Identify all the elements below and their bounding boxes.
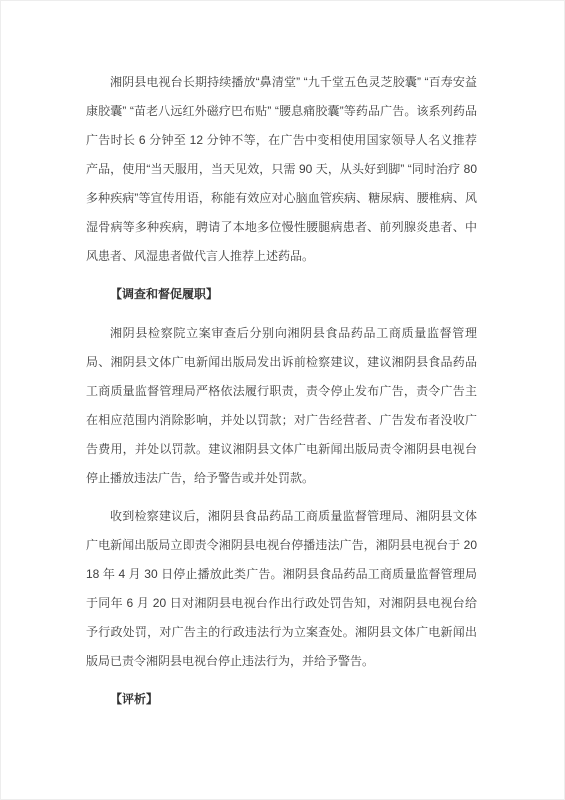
section-heading: 【评析】 [86,685,477,714]
document-page: 湘阴县电视台长期持续播放“鼻清堂” “九千堂五色灵芝胶囊” “百寿安益康胶囊” … [0,0,565,800]
paragraph: 收到检察建议后，湘阴县食品药品工商质量监督管理局、湘阴县文体广电新闻出版局立即责… [86,502,477,676]
section-heading: 【调查和督促履职】 [86,280,477,309]
document-content: 湘阴县电视台长期持续播放“鼻清堂” “九千堂五色灵芝胶囊” “百寿安益康胶囊” … [1,1,564,714]
paragraph: 湘阴县电视台长期持续播放“鼻清堂” “九千堂五色灵芝胶囊” “百寿安益康胶囊” … [86,68,477,271]
paragraph: 湘阴县检察院立案审查后分别向湘阴县食品药品工商质量监督管理局、湘阴县文体广电新闻… [86,319,477,493]
